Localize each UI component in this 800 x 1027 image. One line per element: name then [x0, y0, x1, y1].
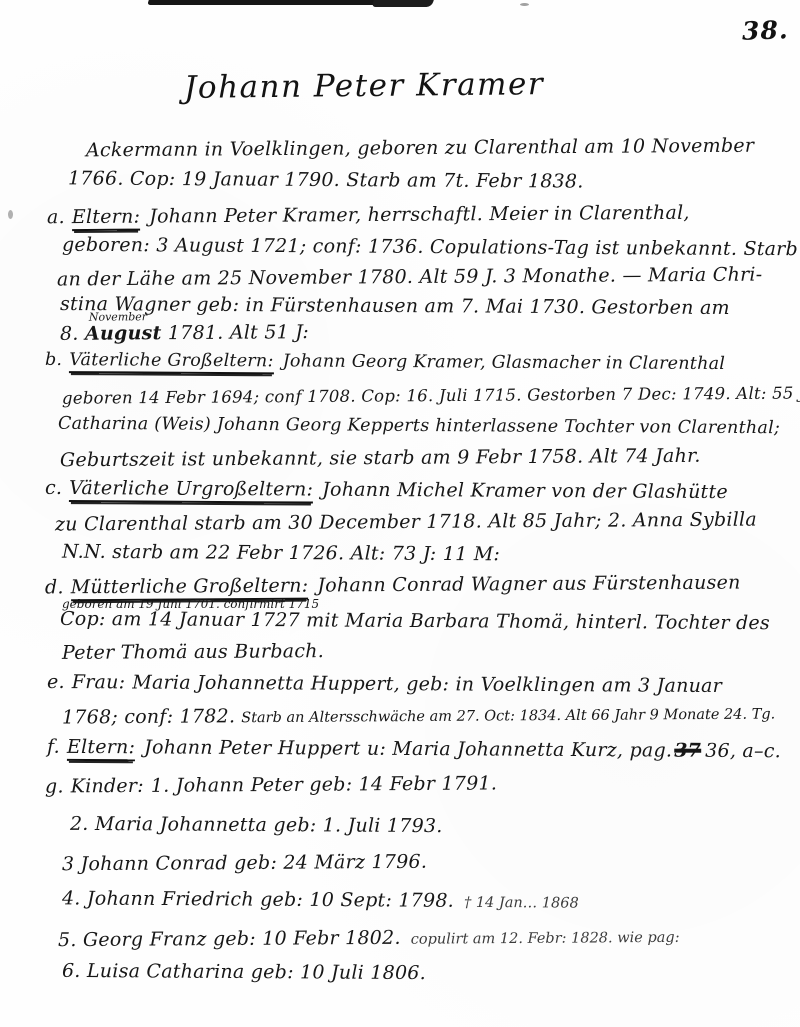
child-entry: 5. Georg Franz geb: 10 Febr 1802.copulir…: [58, 925, 680, 951]
section-label: c.: [45, 477, 62, 499]
page-title: Johann Peter Kramer: [184, 66, 544, 106]
section-a-heading-line: a.Eltern:Johann Peter Kramer, herrschaft…: [47, 202, 690, 228]
child-entry: 4. Johann Friedrich geb: 10 Sept: 1798.†…: [62, 887, 579, 912]
scan-artifact: [147, 0, 427, 5]
page-number: 38.: [742, 15, 789, 46]
section-label: d.: [45, 576, 64, 598]
text-line: Cop: am 14 Januar 1727 mit Maria Barbara…: [60, 608, 770, 634]
child-entry: 1. Johann Peter geb: 14 Febr 1791.: [151, 772, 497, 796]
text-segment: 36, a–c.: [705, 740, 781, 762]
section-e-heading-line: e.Frau:Maria Johannetta Huppert, geb: in…: [47, 671, 722, 697]
scan-speck: [8, 210, 13, 219]
text-segment: 1781. Alt 51 J:: [168, 321, 309, 344]
death-note: † 14 Jan… 1868: [464, 895, 579, 912]
scan-speck: [520, 3, 529, 6]
child-entry: 2. Maria Johannetta geb: 1. Juli 1793.: [70, 813, 443, 837]
death-date-line: 8. NovemberAugust 1781. Alt 51 J:: [60, 321, 309, 345]
text-line: Peter Thomä aus Burbach.: [62, 640, 324, 664]
section-heading: Väterliche Großeltern:: [69, 350, 273, 374]
overwritten-word: August: [85, 322, 162, 345]
section-c-heading-line: c.Väterliche Urgroßeltern:Johann Michel …: [45, 477, 728, 503]
struck-page-ref: 37: [674, 740, 701, 762]
section-b-heading-line: b.Väterliche Großeltern:Johann Georg Kra…: [45, 350, 725, 374]
text-line: 1768; conf: 1782.Starb an Altersschwäche…: [62, 702, 775, 729]
section-label: e.: [47, 671, 65, 693]
corrected-word: NovemberAugust: [85, 322, 162, 345]
text-segment: 1768; conf: 1782.: [62, 705, 235, 728]
child-text: 4. Johann Friedrich geb: 10 Sept: 1798.: [62, 887, 454, 911]
child-entry: 6. Luisa Catharina geb: 10 Juli 1806.: [62, 960, 426, 984]
text-line: Johann Conrad Wagner aus Fürstenhausen: [317, 572, 740, 597]
text-line: Johann Peter Huppert u: Maria Johannetta…: [144, 736, 672, 761]
text-segment: Starb an Altersschwäche am 27. Oct: 1834…: [241, 707, 775, 727]
text-line: Johann Georg Kramer, Glasmacher in Clare…: [283, 351, 726, 374]
text-line: Johann Michel Kramer von der Glashütte: [322, 479, 728, 503]
text-line: stina Wagner geb: in Fürstenhausen am 7.…: [60, 293, 730, 319]
section-label: b.: [45, 350, 62, 370]
intro-line: Ackermann in Voelklingen, geboren zu Cla…: [86, 135, 754, 162]
section-label: a.: [47, 206, 65, 228]
child-text: 5. Georg Franz geb: 10 Febr 1802.: [58, 927, 401, 951]
section-g-heading-line: g.Kinder:1. Johann Peter geb: 14 Febr 17…: [45, 772, 497, 797]
text-line: Geburtszeit ist unbekannt, sie starb am …: [60, 445, 701, 471]
text-line: geboren: 3 August 1721; conf: 1736. Copu…: [62, 234, 798, 260]
section-heading: Kinder:: [71, 775, 144, 798]
section-heading: Eltern:: [67, 736, 135, 761]
text-line: zu Clarenthal starb am 30 December 1718.…: [55, 509, 757, 536]
correction-note: November: [89, 310, 147, 323]
intro-line: 1766. Cop: 19 Januar 1790. Starb am 7t. …: [68, 167, 584, 192]
text-line: Johann Peter Kramer, herrschaftl. Meier …: [149, 202, 690, 228]
child-entry: 3 Johann Conrad geb: 24 März 1796.: [62, 851, 427, 876]
section-d-heading-line: d.Mütterliche Großeltern:Johann Conrad W…: [45, 572, 741, 599]
marriage-note: copulirt am 12. Febr: 1828. wie pag:: [411, 930, 680, 948]
text-line: an der Lähe am 25 November 1780. Alt 59 …: [57, 264, 763, 291]
text-line: geboren 14 Febr 1694; conf 1708. Cop: 16…: [62, 383, 800, 407]
section-label: g.: [45, 775, 64, 797]
section-label: f.: [47, 736, 60, 758]
text-segment: 8.: [60, 323, 79, 345]
text-line: N.N. starb am 22 Febr 1726. Alt: 73 J: 1…: [62, 541, 500, 566]
section-heading: Väterliche Urgroßeltern:: [69, 477, 313, 503]
document-page: 38. Johann Peter Kramer Ackermann in Voe…: [0, 0, 800, 1027]
text-line: Maria Johannetta Huppert, geb: in Voelkl…: [132, 671, 722, 697]
section-heading: Frau:: [72, 671, 126, 693]
section-f-heading-line: f.Eltern:Johann Peter Huppert u: Maria J…: [47, 736, 781, 762]
text-line: Catharina (Weis) Johann Georg Kepperts h…: [58, 414, 780, 438]
section-heading: Eltern:: [72, 206, 140, 231]
